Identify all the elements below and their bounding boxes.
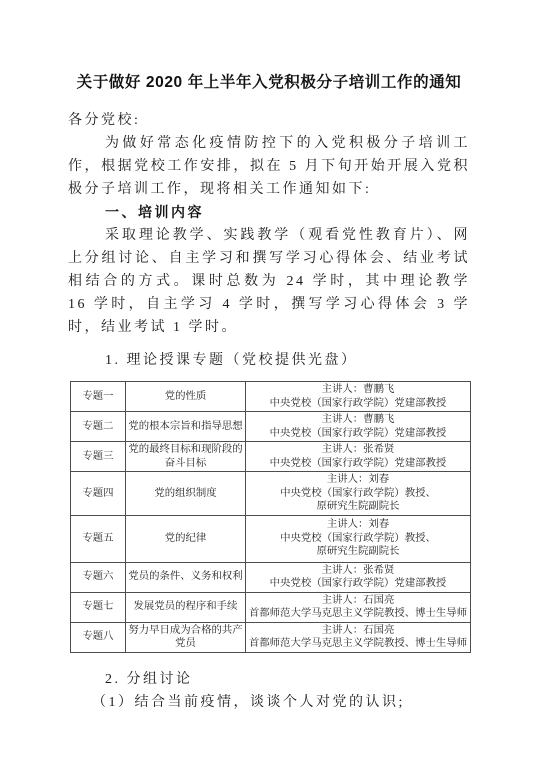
speaker-name: 主讲人：石国亮 [248, 594, 468, 608]
speaker-cell: 主讲人：刘春 中央党校（国家行政学院）教授、 原研究生院副院长 [246, 472, 471, 516]
table-row: 专题一 党的性质 主讲人：曹鹏飞 中央党校（国家行政学院）党建部教授 [71, 382, 471, 412]
table-row: 专题四 党的组织制度 主讲人：刘春 中央党校（国家行政学院）教授、 原研究生院副… [71, 472, 471, 516]
speaker-affiliation: 中央党校（国家行政学院）党建部教授 [248, 457, 468, 471]
document-page: 关于做好 2020 年上半年入党积极分子培训工作的通知 各分党校: 为做好常态化… [0, 0, 539, 761]
speaker-affiliation: 首都师范大学马克思主义学院教授、博士生导师 [248, 607, 468, 621]
table-row: 专题三 党的最终目标和现阶段的奋斗目标 主讲人：张希贤 中央党校（国家行政学院）… [71, 442, 471, 472]
table-row: 专题六 党员的条件、义务和权利 主讲人：张希贤 中央党校（国家行政学院）党建部教… [71, 562, 471, 592]
paragraph-2: 采取理论教学、实践教学（观看党性教育片）、网上分组讨论、自主学习和撰写学习心得体… [68, 224, 470, 339]
topic-title-cell: 党的性质 [126, 382, 246, 412]
speaker-cell: 主讲人：张希贤 中央党校（国家行政学院）党建部教授 [246, 442, 471, 472]
table-row: 专题八 努力早日成为合格的共产党员 主讲人：石国亮 首都师范大学马克思主义学院教… [71, 622, 471, 652]
speaker-cell: 主讲人：曹鹏飞 中央党校（国家行政学院）党建部教授 [246, 412, 471, 442]
list-heading-1: 1. 理论授课专题（党校提供光盘） [68, 349, 470, 372]
topic-title-cell: 党员的条件、义务和权利 [126, 562, 246, 592]
speaker-cell: 主讲人：石国亮 首都师范大学马克思主义学院教授、博士生导师 [246, 592, 471, 622]
speaker-name: 主讲人：石国亮 [248, 624, 468, 638]
speaker-cell: 主讲人：张希贤 中央党校（国家行政学院）党建部教授 [246, 562, 471, 592]
speaker-affiliation: 中央党校（国家行政学院）教授、 原研究生院副院长 [248, 487, 468, 514]
speaker-affiliation: 中央党校（国家行政学院）党建部教授 [248, 427, 468, 441]
topic-id-cell: 专题五 [71, 515, 126, 562]
table-row: 专题二 党的根本宗旨和指导思想 主讲人：曹鹏飞 中央党校（国家行政学院）党建部教… [71, 412, 471, 442]
list-heading-2: 2. 分组讨论 [68, 668, 470, 691]
topic-id-cell: 专题四 [71, 472, 126, 516]
topic-title-cell: 党的根本宗旨和指导思想 [126, 412, 246, 442]
topic-id-cell: 专题一 [71, 382, 126, 412]
topic-id-cell: 专题七 [71, 592, 126, 622]
table-row: 专题五 党的纪律 主讲人：刘春 中央党校（国家行政学院）教授、 原研究生院副院长 [71, 515, 471, 562]
topic-id-cell: 专题三 [71, 442, 126, 472]
speaker-affiliation: 首都师范大学马克思主义学院教授、博士生导师 [248, 637, 468, 651]
salutation: 各分党校: [68, 109, 470, 132]
doc-title: 关于做好 2020 年上半年入党积极分子培训工作的通知 [68, 70, 470, 92]
topic-id-cell: 专题二 [71, 412, 126, 442]
speaker-name: 主讲人：曹鹏飞 [248, 413, 468, 427]
discussion-item-1: （1）结合当前疫情，谈谈个人对党的认识; [68, 691, 470, 714]
topic-title-cell: 党的最终目标和现阶段的奋斗目标 [126, 442, 246, 472]
section-heading-1: 一、培训内容 [68, 201, 470, 224]
speaker-affiliation: 中央党校（国家行政学院）党建部教授 [248, 577, 468, 591]
table-row: 专题七 发展党员的程序和手续 主讲人：石国亮 首都师范大学马克思主义学院教授、博… [71, 592, 471, 622]
speaker-affiliation: 中央党校（国家行政学院）教授、 原研究生院副院长 [248, 532, 468, 559]
speaker-cell: 主讲人：石国亮 首都师范大学马克思主义学院教授、博士生导师 [246, 622, 471, 652]
topic-title-cell: 努力早日成为合格的共产党员 [126, 622, 246, 652]
topic-id-cell: 专题八 [71, 622, 126, 652]
speaker-name: 主讲人：刘春 [248, 518, 468, 532]
topic-title-cell: 党的组织制度 [126, 472, 246, 516]
speaker-affiliation: 中央党校（国家行政学院）党建部教授 [248, 397, 468, 411]
paragraph-1: 为做好常态化疫情防控下的入党积极分子培训工作，根据党校工作安排，拟在 5 月下旬… [68, 132, 470, 201]
speaker-name: 主讲人：刘春 [248, 473, 468, 487]
speaker-name: 主讲人：曹鹏飞 [248, 383, 468, 397]
topic-id-cell: 专题六 [71, 562, 126, 592]
speaker-name: 主讲人：张希贤 [248, 443, 468, 457]
topic-title-cell: 党的纪律 [126, 515, 246, 562]
speaker-cell: 主讲人：刘春 中央党校（国家行政学院）教授、 原研究生院副院长 [246, 515, 471, 562]
topics-table: 专题一 党的性质 主讲人：曹鹏飞 中央党校（国家行政学院）党建部教授 专题二 党… [70, 381, 471, 653]
topic-title-cell: 发展党员的程序和手续 [126, 592, 246, 622]
speaker-cell: 主讲人：曹鹏飞 中央党校（国家行政学院）党建部教授 [246, 382, 471, 412]
speaker-name: 主讲人：张希贤 [248, 564, 468, 578]
